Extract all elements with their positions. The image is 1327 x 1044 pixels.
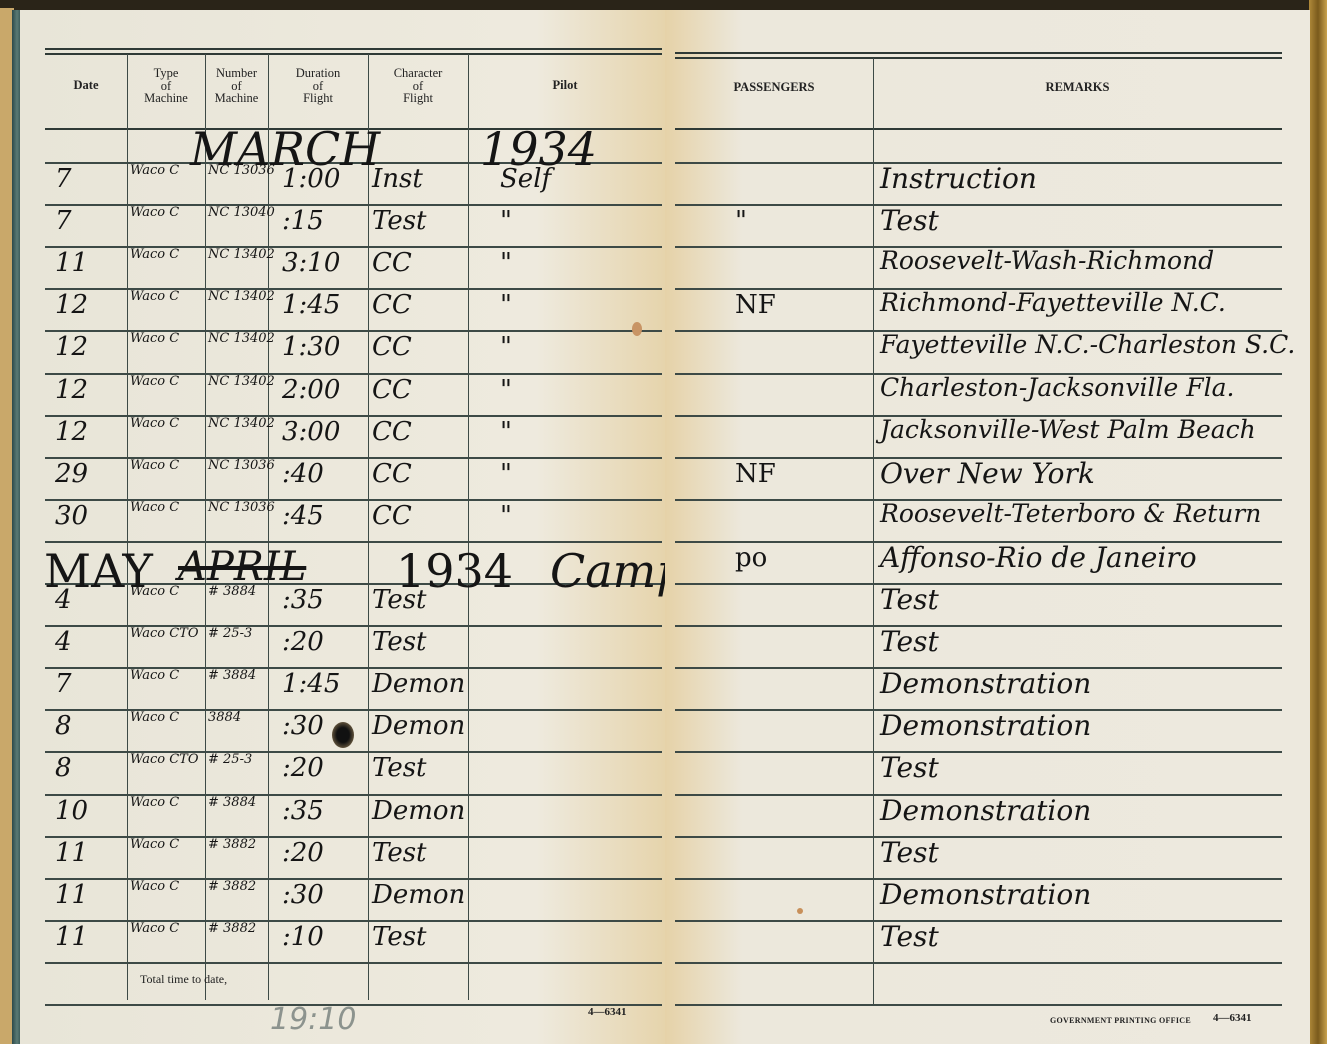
pilot-cell: " <box>500 417 512 447</box>
duration-cell: :10 <box>282 922 324 952</box>
machine-number-cell: NC 13036 <box>208 164 278 177</box>
col-divider <box>468 54 469 1000</box>
date-cell: 10 <box>55 796 88 826</box>
remarks-cell: Over New York <box>880 457 1095 490</box>
header-top-rule <box>45 48 662 50</box>
remarks-cell: Demonstration <box>880 878 1091 911</box>
ink-blot <box>332 722 354 748</box>
header-number: Number of Machine <box>205 67 268 105</box>
header-date: Date <box>45 79 127 92</box>
struck-month-april: APRIL <box>178 544 306 590</box>
machine-number-cell: NC 13402 <box>208 248 278 261</box>
duration-cell: 1:00 <box>282 164 340 194</box>
duration-cell: :30 <box>282 711 324 741</box>
passengers-cell: NF <box>735 459 776 489</box>
date-cell: 12 <box>55 417 88 447</box>
machine-type-cell: Waco C <box>130 796 200 809</box>
form-number-left: 4—6341 <box>588 1006 627 1018</box>
machine-type-cell: Waco C <box>130 248 200 261</box>
month-heading-may: MAY <box>44 544 153 598</box>
character-cell: CC <box>372 332 412 362</box>
character-cell: CC <box>372 290 412 320</box>
duration-cell: :20 <box>282 838 324 868</box>
col-divider <box>127 54 128 1000</box>
row-rule <box>675 962 1282 964</box>
header-character-line: Flight <box>368 92 468 105</box>
machine-type-cell: Waco CTO <box>130 627 200 640</box>
machine-type-cell: Waco C <box>130 290 200 303</box>
date-cell: 11 <box>55 922 88 952</box>
rust-spot <box>632 322 642 336</box>
header-type-line: Machine <box>127 92 205 105</box>
row-rule <box>675 204 1282 206</box>
pilot-cell: " <box>500 459 512 489</box>
duration-cell: :35 <box>282 796 324 826</box>
date-cell: 7 <box>55 164 72 194</box>
machine-number-cell: NC 13040 <box>208 206 278 219</box>
duration-cell: 2:00 <box>282 375 340 405</box>
machine-number-cell: NC 13036 <box>208 459 278 472</box>
book-cover-right <box>1309 0 1327 1044</box>
duration-cell: :30 <box>282 880 324 910</box>
machine-number-cell: 3884 <box>208 711 278 724</box>
pilot-cell: Self <box>500 164 551 194</box>
pilot-cell: " <box>500 501 512 531</box>
machine-type-cell: Waco C <box>130 417 200 430</box>
header-top-rule <box>675 52 1282 54</box>
machine-number-cell: # 3882 <box>208 880 278 893</box>
character-cell: Demon <box>372 669 465 699</box>
machine-number-cell: NC 13402 <box>208 332 278 345</box>
header-duration: Duration of Flight <box>268 67 368 105</box>
remarks-cell: Fayetteville N.C.-Charleston S.C. <box>880 330 1295 359</box>
machine-number-cell: # 3882 <box>208 922 278 935</box>
machine-number-cell: # 25-3 <box>208 753 278 766</box>
machine-type-cell: Waco C <box>130 711 200 724</box>
pilot-cell: " <box>500 375 512 405</box>
header-top-rule-2 <box>45 53 662 55</box>
machine-type-cell: Waco C <box>130 459 200 472</box>
header-character: Character of Flight <box>368 67 468 105</box>
header-type-line: Type <box>127 67 205 80</box>
duration-cell: 1:45 <box>282 290 340 320</box>
machine-number-cell: NC 13402 <box>208 417 278 430</box>
date-cell: 11 <box>55 838 88 868</box>
date-cell: 7 <box>55 206 72 236</box>
date-cell: 12 <box>55 332 88 362</box>
machine-type-cell: Waco C <box>130 164 200 177</box>
date-cell: 8 <box>55 711 72 741</box>
date-cell: 8 <box>55 753 72 783</box>
character-cell: Inst <box>372 164 423 194</box>
header-duration-line: Duration <box>268 67 368 80</box>
machine-number-cell: # 25-3 <box>208 627 278 640</box>
machine-type-cell: Waco C <box>130 206 200 219</box>
rust-spot <box>797 908 803 914</box>
duration-cell: :20 <box>282 753 324 783</box>
character-cell: Demon <box>372 711 465 741</box>
character-cell: CC <box>372 375 412 405</box>
row-rule <box>675 625 1282 627</box>
remarks-cell: Test <box>880 583 939 616</box>
remarks-cell: Test <box>880 204 939 237</box>
pilot-cell: " <box>500 206 512 236</box>
header-number-line: Number <box>205 67 268 80</box>
passengers-cell: po <box>735 543 767 573</box>
header-pilot: Pilot <box>468 79 662 92</box>
form-number-right: 4—6341 <box>1213 1012 1252 1024</box>
col-divider <box>205 54 206 1000</box>
character-cell: CC <box>372 248 412 278</box>
duration-cell: :15 <box>282 206 324 236</box>
remarks-cell: Richmond-Fayetteville N.C. <box>880 288 1226 317</box>
date-cell: 11 <box>55 880 88 910</box>
machine-number-cell: NC 13036 <box>208 501 278 514</box>
character-cell: Test <box>372 627 427 657</box>
character-cell: Test <box>372 206 427 236</box>
duration-cell: 3:00 <box>282 417 340 447</box>
pilot-cell: " <box>500 248 512 278</box>
right-page: PASSENGERS REMARKS Instruction"TestRoose… <box>665 10 1310 1044</box>
machine-type-cell: Waco C <box>130 880 200 893</box>
remarks-cell: Test <box>880 751 939 784</box>
date-cell: 29 <box>55 459 88 489</box>
machine-number-cell: NC 13402 <box>208 290 278 303</box>
header-bottom-rule <box>675 128 1282 130</box>
logbook-spread: Date Type of Machine Number of Machine D… <box>0 0 1327 1044</box>
date-cell: 4 <box>55 627 72 657</box>
date-cell: 30 <box>55 501 88 531</box>
date-cell: 12 <box>55 375 88 405</box>
character-cell: CC <box>372 501 412 531</box>
machine-number-cell: # 3882 <box>208 838 278 851</box>
remarks-cell: Charleston-Jacksonville Fla. <box>880 373 1234 402</box>
row-rule <box>45 962 662 964</box>
remarks-cell: Demonstration <box>880 794 1091 827</box>
remarks-cell: Instruction <box>880 162 1037 195</box>
remarks-cell: Demonstration <box>880 667 1091 700</box>
character-cell: Test <box>372 838 427 868</box>
printer-imprint: GOVERNMENT PRINTING OFFICE <box>1050 1016 1191 1025</box>
pencil-total: 19:10 <box>270 1002 356 1037</box>
duration-cell: 3:10 <box>282 248 340 278</box>
header-passengers: PASSENGERS <box>675 81 873 94</box>
machine-type-cell: Waco C <box>130 375 200 388</box>
duration-cell: 1:30 <box>282 332 340 362</box>
date-cell: 11 <box>55 248 88 278</box>
character-cell: Demon <box>372 796 465 826</box>
col-divider <box>368 54 369 1000</box>
duration-cell: :20 <box>282 627 324 657</box>
machine-type-cell: Waco CTO <box>130 753 200 766</box>
pilot-cell: " <box>500 290 512 320</box>
character-cell: CC <box>372 417 412 447</box>
col-divider <box>873 58 874 1004</box>
date-cell: 7 <box>55 669 72 699</box>
header-remarks: REMARKS <box>873 81 1282 94</box>
machine-type-cell: Waco C <box>130 922 200 935</box>
character-cell: Test <box>372 753 427 783</box>
character-cell: CC <box>372 459 412 489</box>
character-cell: Test <box>372 922 427 952</box>
machine-number-cell: # 3884 <box>208 669 278 682</box>
machine-type-cell: Waco C <box>130 669 200 682</box>
row-rule <box>675 583 1282 585</box>
machine-type-cell: Waco C <box>130 501 200 514</box>
year-heading-2: 1934 <box>396 544 513 598</box>
row-rule <box>675 836 1282 838</box>
remarks-cell: Test <box>880 836 939 869</box>
remarks-cell: Affonso-Rio de Janeiro <box>880 541 1197 574</box>
duration-cell: 1:45 <box>282 669 340 699</box>
remarks-cell: Roosevelt-Wash-Richmond <box>880 246 1214 275</box>
character-cell: Demon <box>372 880 465 910</box>
machine-number-cell: NC 13402 <box>208 375 278 388</box>
date-cell: 12 <box>55 290 88 320</box>
remarks-cell: Test <box>880 920 939 953</box>
left-page: Date Type of Machine Number of Machine D… <box>20 10 665 1044</box>
total-time-label: Total time to date, <box>140 972 227 987</box>
header-duration-line: Flight <box>268 92 368 105</box>
col-divider <box>268 54 269 1000</box>
remarks-cell: Roosevelt-Teterboro & Return <box>880 499 1261 528</box>
header-character-line: Character <box>368 67 468 80</box>
header-type: Type of Machine <box>127 67 205 105</box>
remarks-cell: Demonstration <box>880 709 1091 742</box>
remarks-cell: Test <box>880 625 939 658</box>
machine-type-cell: Waco C <box>130 838 200 851</box>
header-top-rule-2 <box>675 57 1282 59</box>
remarks-cell: Jacksonville-West Palm Beach <box>880 415 1256 444</box>
duration-cell: :45 <box>282 501 324 531</box>
machine-number-cell: # 3884 <box>208 796 278 809</box>
passengers-cell: " <box>735 206 747 236</box>
row-rule <box>45 541 662 543</box>
duration-cell: :40 <box>282 459 324 489</box>
row-rule <box>675 751 1282 753</box>
pilot-cell: " <box>500 332 512 362</box>
row-rule <box>675 1004 1282 1006</box>
header-number-line: Machine <box>205 92 268 105</box>
row-rule <box>675 920 1282 922</box>
machine-type-cell: Waco C <box>130 332 200 345</box>
passengers-cell: NF <box>735 290 776 320</box>
